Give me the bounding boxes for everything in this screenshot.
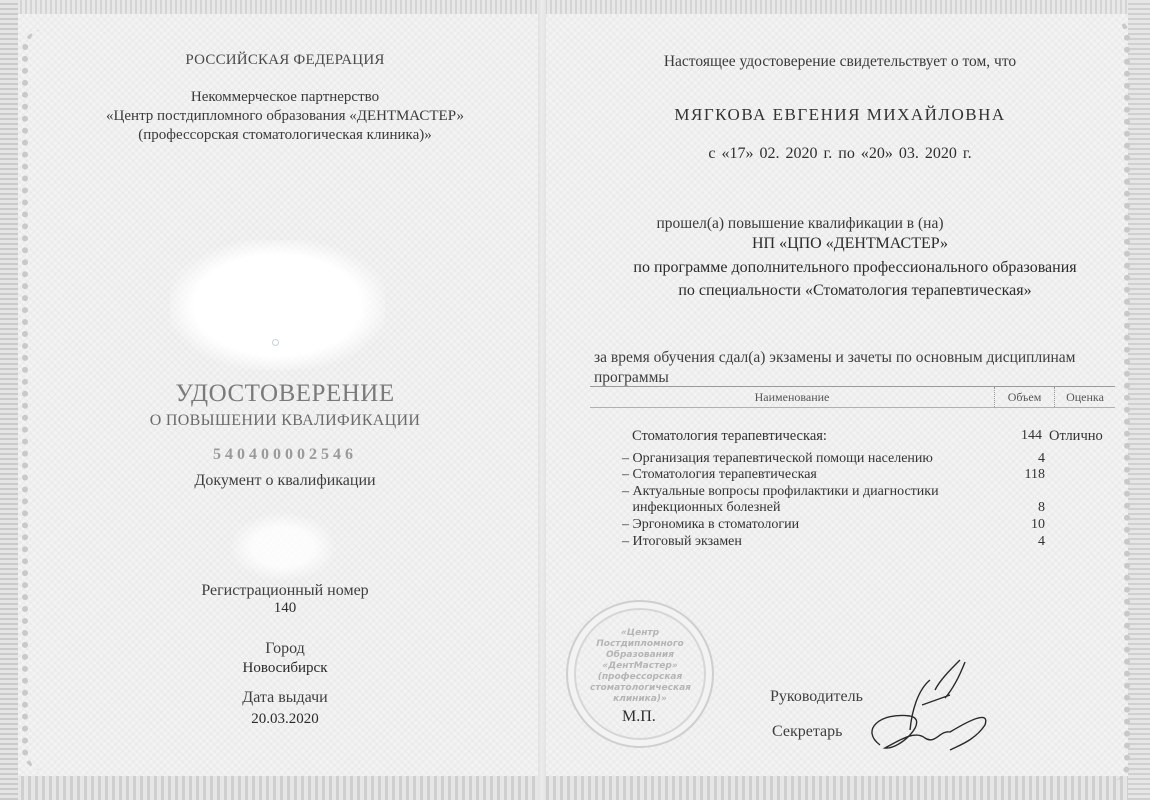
discipline-name: – Организация терапевтической помощи нас…: [622, 451, 933, 467]
secretary-label: Секретарь: [772, 723, 842, 741]
discipline-name: – Стоматология терапевтическая: [622, 467, 817, 483]
discipline-name: – Актуальные вопросы профилактики и диаг…: [622, 484, 939, 500]
exams-text-cont: программы: [594, 369, 669, 387]
training-period: с «17» 02. 2020 г. по «20» 03. 2020 г.: [590, 145, 1090, 163]
registration-number: 140: [40, 600, 530, 617]
header-grade: Оценка: [1055, 387, 1115, 407]
document-type: Документ о квалификации: [40, 472, 530, 490]
organization-line: «Центр постдипломного образования «ДЕНТМ…: [40, 108, 530, 125]
discipline-grade: Отлично: [1049, 428, 1103, 445]
stamp-line: Постдипломного: [590, 639, 690, 650]
ornament-bottom: [0, 776, 1150, 800]
organization-line: (профессорская стоматологическая клиника…: [40, 127, 530, 144]
discipline-volume: 4: [1005, 451, 1045, 467]
stamp-line: (профессорская: [590, 672, 690, 683]
holder-name: МЯГКОВА ЕВГЕНИЯ МИХАЙЛОВНА: [590, 105, 1090, 125]
issue-date-label: Дата выдачи: [40, 689, 530, 707]
organization-line: Некоммерческое партнерство: [40, 89, 530, 106]
discipline-volume: 10: [1005, 517, 1045, 533]
page-fold: [538, 0, 546, 800]
document-subtitle: О ПОВЫШЕНИИ КВАЛИФИКАЦИИ: [40, 412, 530, 430]
discipline-volume: 4: [1005, 534, 1045, 550]
stamp-line: клиника)»: [590, 694, 690, 705]
exams-text: за время обучения сдал(а) экзамены и зач…: [594, 349, 1076, 367]
header-name: Наименование: [590, 387, 995, 407]
specialty-text: по специальности «Стоматология терапевти…: [600, 282, 1110, 300]
stamp-line: Образования: [590, 650, 690, 661]
ornament-top: [0, 0, 1150, 14]
discipline-volume: 144: [1002, 428, 1042, 444]
signature-icon: [840, 650, 1000, 760]
program-text: по программе дополнительного профессиона…: [600, 259, 1110, 277]
city-value: Новосибирск: [40, 660, 530, 677]
city-label: Город: [40, 640, 530, 658]
stamp-line: «ДентМастер»: [590, 661, 690, 672]
seal-label: М.П.: [622, 708, 656, 726]
stamp-line: стоматологическая: [590, 683, 690, 694]
issue-date: 20.03.2020: [40, 711, 530, 728]
stamp-line: «Центр: [590, 628, 690, 639]
ornament-right: [1128, 0, 1150, 800]
discipline-name: – Эргономика в стоматологии: [622, 517, 799, 533]
discipline-volume: 8: [1005, 500, 1045, 516]
hologram-watermark: [228, 512, 338, 582]
ornament-left: [0, 0, 18, 800]
passed-text: прошел(а) повышение квалификации в (на): [650, 215, 950, 233]
serial-number: 540400002546: [40, 446, 530, 464]
discipline-name: Стоматология терапевтическая:: [632, 428, 827, 445]
discipline-name: инфекционных болезней: [622, 500, 780, 516]
stamp-text: «ЦентрПостдипломногоОбразования«ДентМаст…: [590, 628, 690, 705]
emblem-dot-icon: [272, 339, 279, 346]
discipline-name: – Итоговый экзамен: [622, 534, 742, 550]
discipline-volume: 118: [1005, 467, 1045, 483]
registration-label: Регистрационный номер: [40, 582, 530, 600]
emblem-watermark: [170, 240, 385, 370]
header-volume: Объем: [995, 387, 1055, 407]
institution-name: НП «ЦПО «ДЕНТМАСТЕР»: [700, 235, 1000, 253]
document-title: УДОСТОВЕРЕНИЕ: [40, 380, 530, 408]
country-heading: РОССИЙСКАЯ ФЕДЕРАЦИЯ: [40, 52, 530, 69]
certifies-text: Настоящее удостоверение свидетельствует …: [590, 53, 1090, 71]
disciplines-table-header: Наименование Объем Оценка: [590, 386, 1115, 408]
